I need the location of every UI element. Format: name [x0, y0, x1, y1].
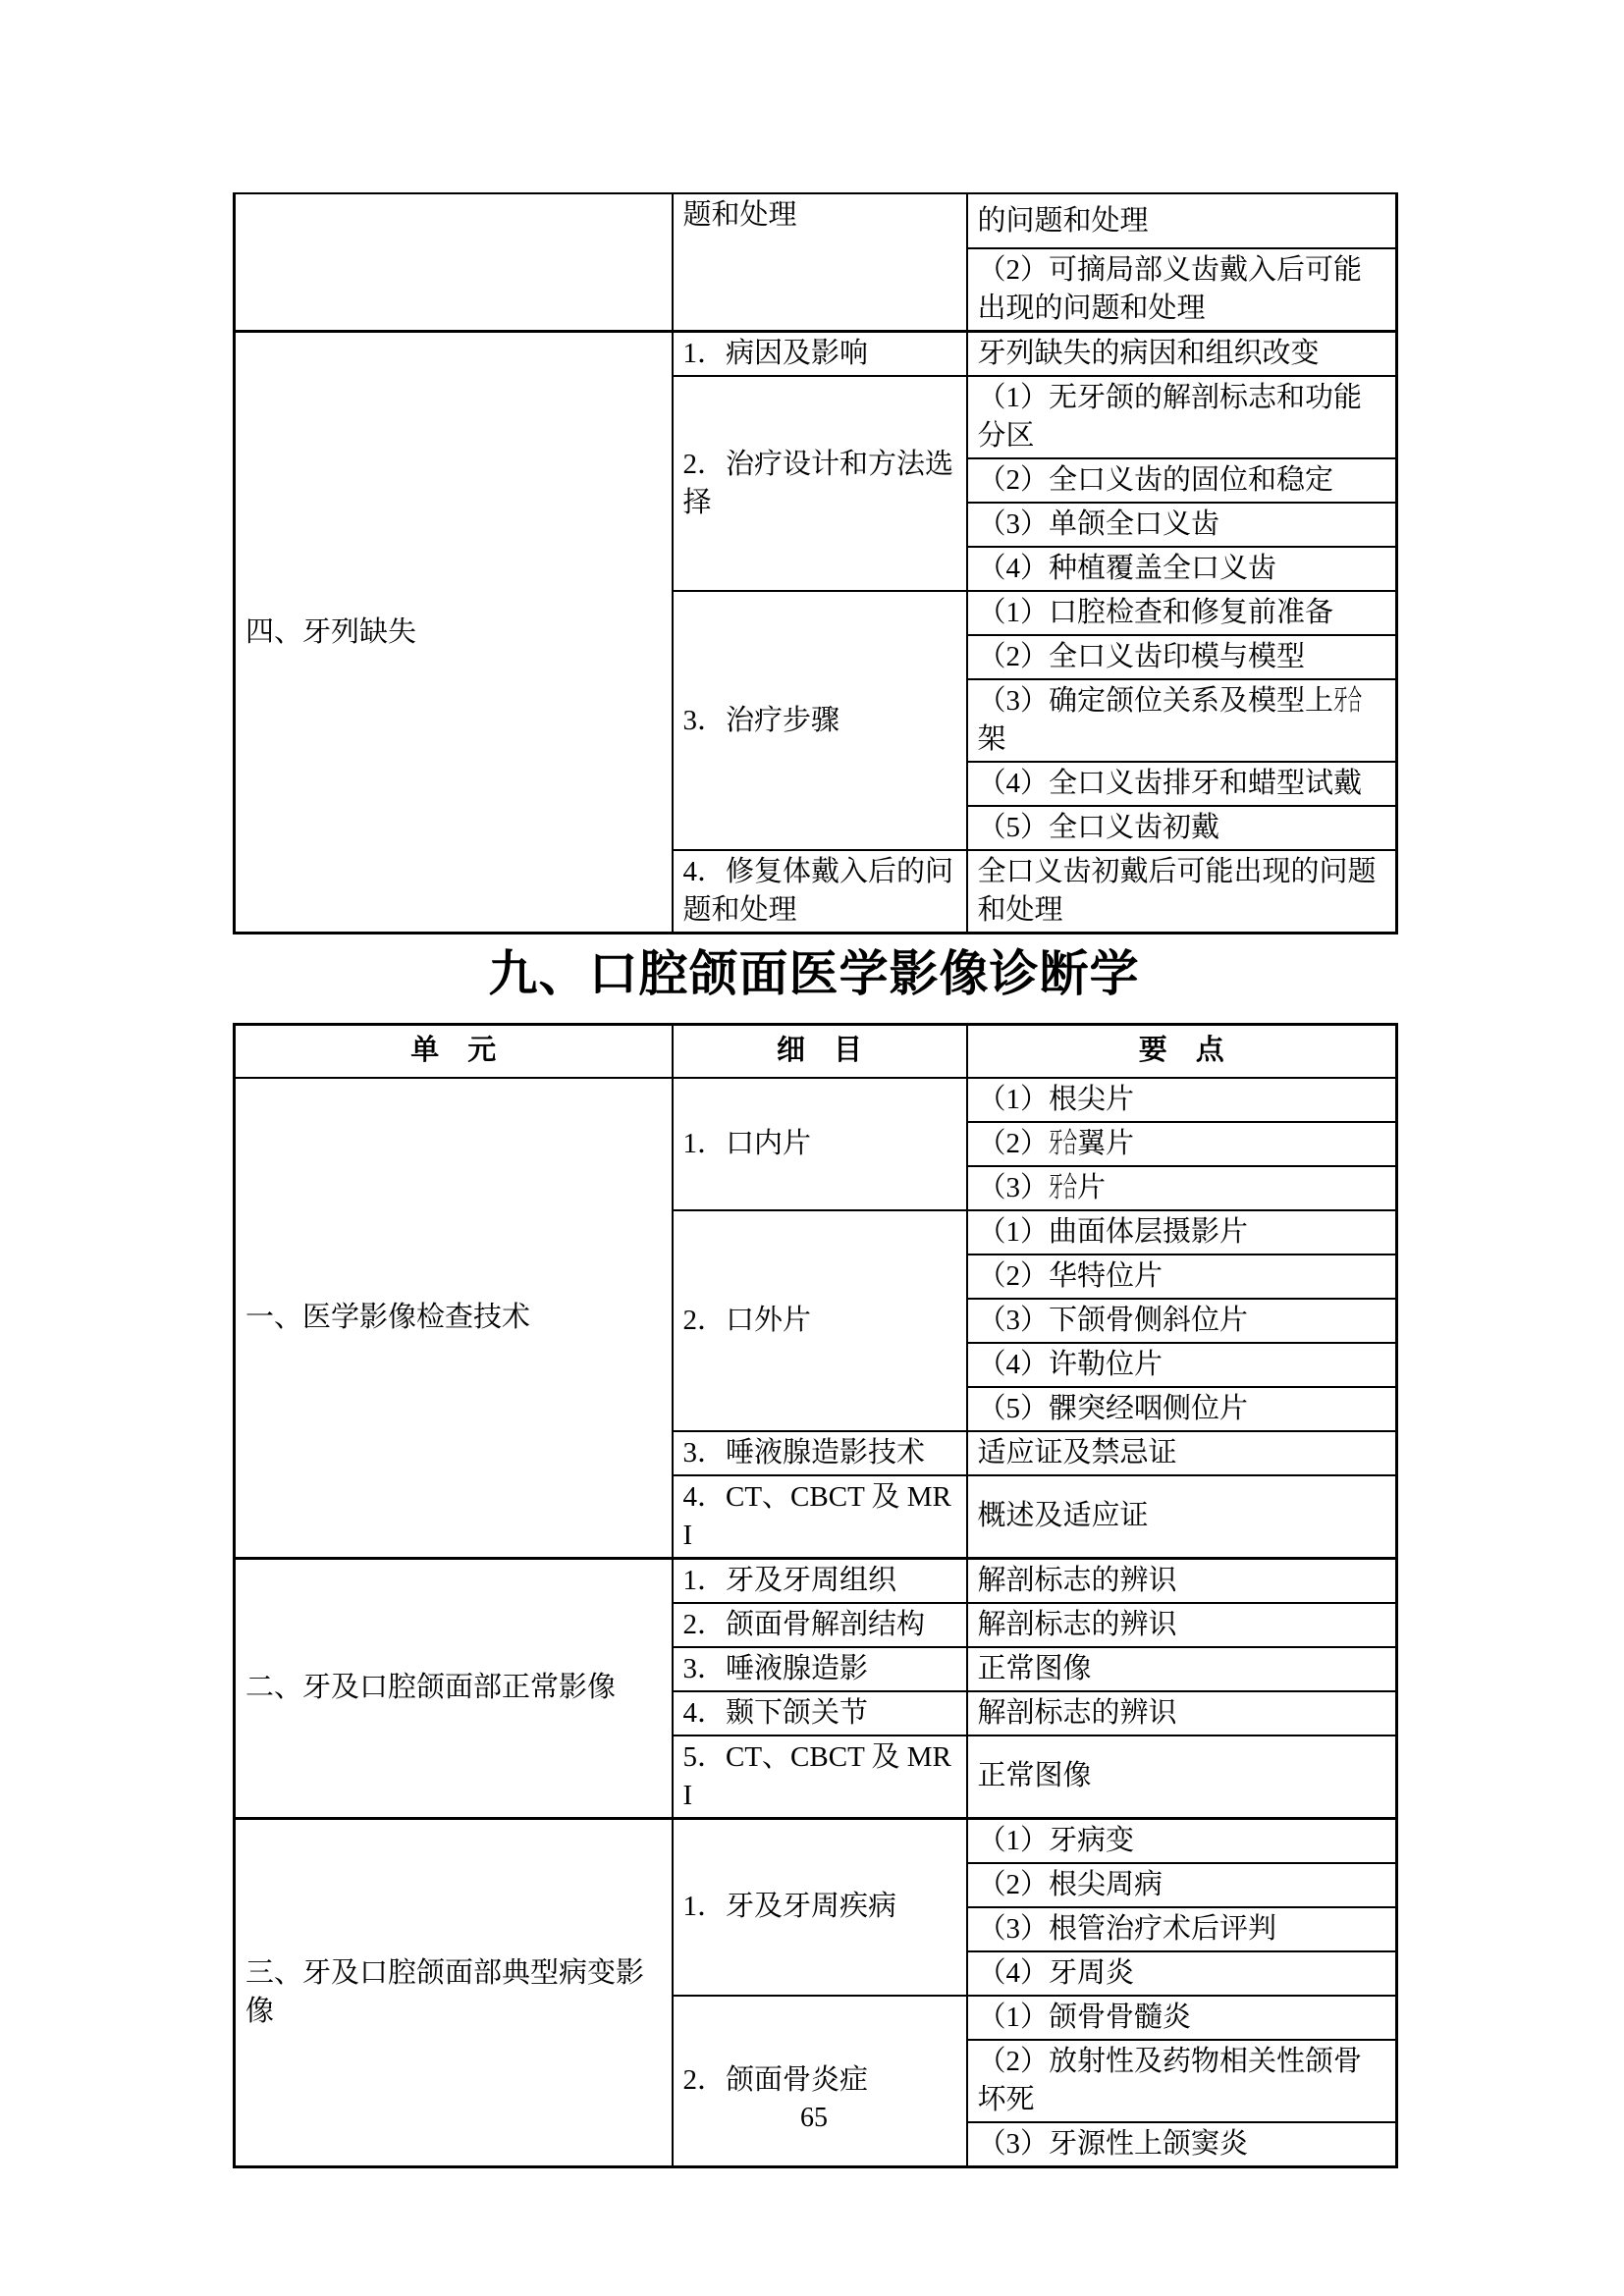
point-cell: 概述及适应证	[967, 1475, 1397, 1559]
detail-cell: 2．口外片	[673, 1210, 967, 1431]
point-cell: （3）牙合片	[967, 1166, 1397, 1210]
point-cell: 正常图像	[967, 1735, 1397, 1819]
point-cell: （5）髁突经咽侧位片	[967, 1387, 1397, 1431]
point-cell: 适应证及禁忌证	[967, 1431, 1397, 1475]
point-cell: 牙列缺失的病因和组织改变	[967, 332, 1397, 377]
unit-cell: 四、牙列缺失	[235, 332, 673, 934]
detail-cell: 3．唾液腺造影技术	[673, 1431, 967, 1475]
point-cell: （4）许勒位片	[967, 1343, 1397, 1387]
detail-cell: 1．牙及牙周疾病	[673, 1818, 967, 1996]
syllabus-table-top: 题和处理 的问题和处理 （2）可摘局部义齿戴入后可能出现的问题和处理 四、牙列缺…	[233, 192, 1398, 934]
detail-cell: 3．唾液腺造影	[673, 1647, 967, 1691]
header-cell-point: 要 点	[967, 1025, 1397, 1078]
point-cell: （5）全口义齿初戴	[967, 806, 1397, 850]
syllabus-table-main: 单 元 细 目 要 点 一、医学影像检查技术 1．口内片 （1）根尖片 （2）牙…	[233, 1023, 1398, 2168]
point-cell: 解剖标志的辨识	[967, 1691, 1397, 1735]
point-cell: （1）牙病变	[967, 1818, 1397, 1863]
point-cell: （2）牙合翼片	[967, 1122, 1397, 1166]
point-cell: （3）单颌全口义齿	[967, 503, 1397, 547]
detail-cell: 题和处理	[673, 193, 967, 332]
point-cell: （4）牙周炎	[967, 1951, 1397, 1996]
unit-cell: 二、牙及口腔颌面部正常影像	[235, 1558, 673, 1818]
point-cell: 解剖标志的辨识	[967, 1603, 1397, 1647]
point-cell: （1）无牙颌的解剖标志和功能分区	[967, 376, 1397, 458]
detail-cell: 1．口内片	[673, 1078, 967, 1210]
point-cell: （1）口腔检查和修复前准备	[967, 591, 1397, 635]
he-composite-glyph: 牙合	[1333, 682, 1348, 721]
detail-cell: 2．颌面骨炎症	[673, 1996, 967, 2167]
point-cell: （4）种植覆盖全口义齿	[967, 547, 1397, 591]
page-number: 65	[233, 2103, 1395, 2134]
unit-cell	[235, 193, 673, 332]
detail-cell: 1．病因及影响	[673, 332, 967, 377]
detail-cell: 2．颌面骨解剖结构	[673, 1603, 967, 1647]
section-title: 九、口腔颌面医学影像诊断学	[233, 917, 1395, 1023]
he-composite-glyph: 牙合	[1049, 1125, 1063, 1163]
point-cell: （2）可摘局部义齿戴入后可能出现的问题和处理	[967, 248, 1397, 332]
point-cell: （4）全口义齿排牙和蜡型试戴	[967, 762, 1397, 806]
detail-cell: 4．颞下颌关节	[673, 1691, 967, 1735]
detail-cell: 2．治疗设计和方法选择	[673, 376, 967, 591]
point-cell: （3）确定颌位关系及模型上牙合架	[967, 679, 1397, 762]
point-cell: （3）下颌骨侧斜位片	[967, 1299, 1397, 1343]
detail-cell: 5．CT、CBCT 及 MRI	[673, 1735, 967, 1819]
detail-cell: 4．CT、CBCT 及 MRI	[673, 1475, 967, 1559]
point-cell: （2）全口义齿印模与模型	[967, 635, 1397, 679]
point-cell: （3）根管治疗术后评判	[967, 1907, 1397, 1951]
point-cell: （1）颌骨骨髓炎	[967, 1996, 1397, 2040]
point-cell: （1）根尖片	[967, 1078, 1397, 1122]
point-cell: （2）全口义齿的固位和稳定	[967, 458, 1397, 503]
point-cell: （2）根尖周病	[967, 1863, 1397, 1907]
point-cell: （1）曲面体层摄影片	[967, 1210, 1397, 1255]
unit-cell: 一、医学影像检查技术	[235, 1078, 673, 1559]
header-cell-detail: 细 目	[673, 1025, 967, 1078]
he-composite-glyph: 牙合	[1049, 1169, 1063, 1207]
point-cell: 正常图像	[967, 1647, 1397, 1691]
header-cell-unit: 单 元	[235, 1025, 673, 1078]
detail-cell: 3．治疗步骤	[673, 591, 967, 850]
point-cell: （2）华特位片	[967, 1255, 1397, 1299]
point-cell: 的问题和处理	[967, 193, 1397, 248]
detail-cell: 1．牙及牙周组织	[673, 1558, 967, 1603]
point-cell: 解剖标志的辨识	[967, 1558, 1397, 1603]
